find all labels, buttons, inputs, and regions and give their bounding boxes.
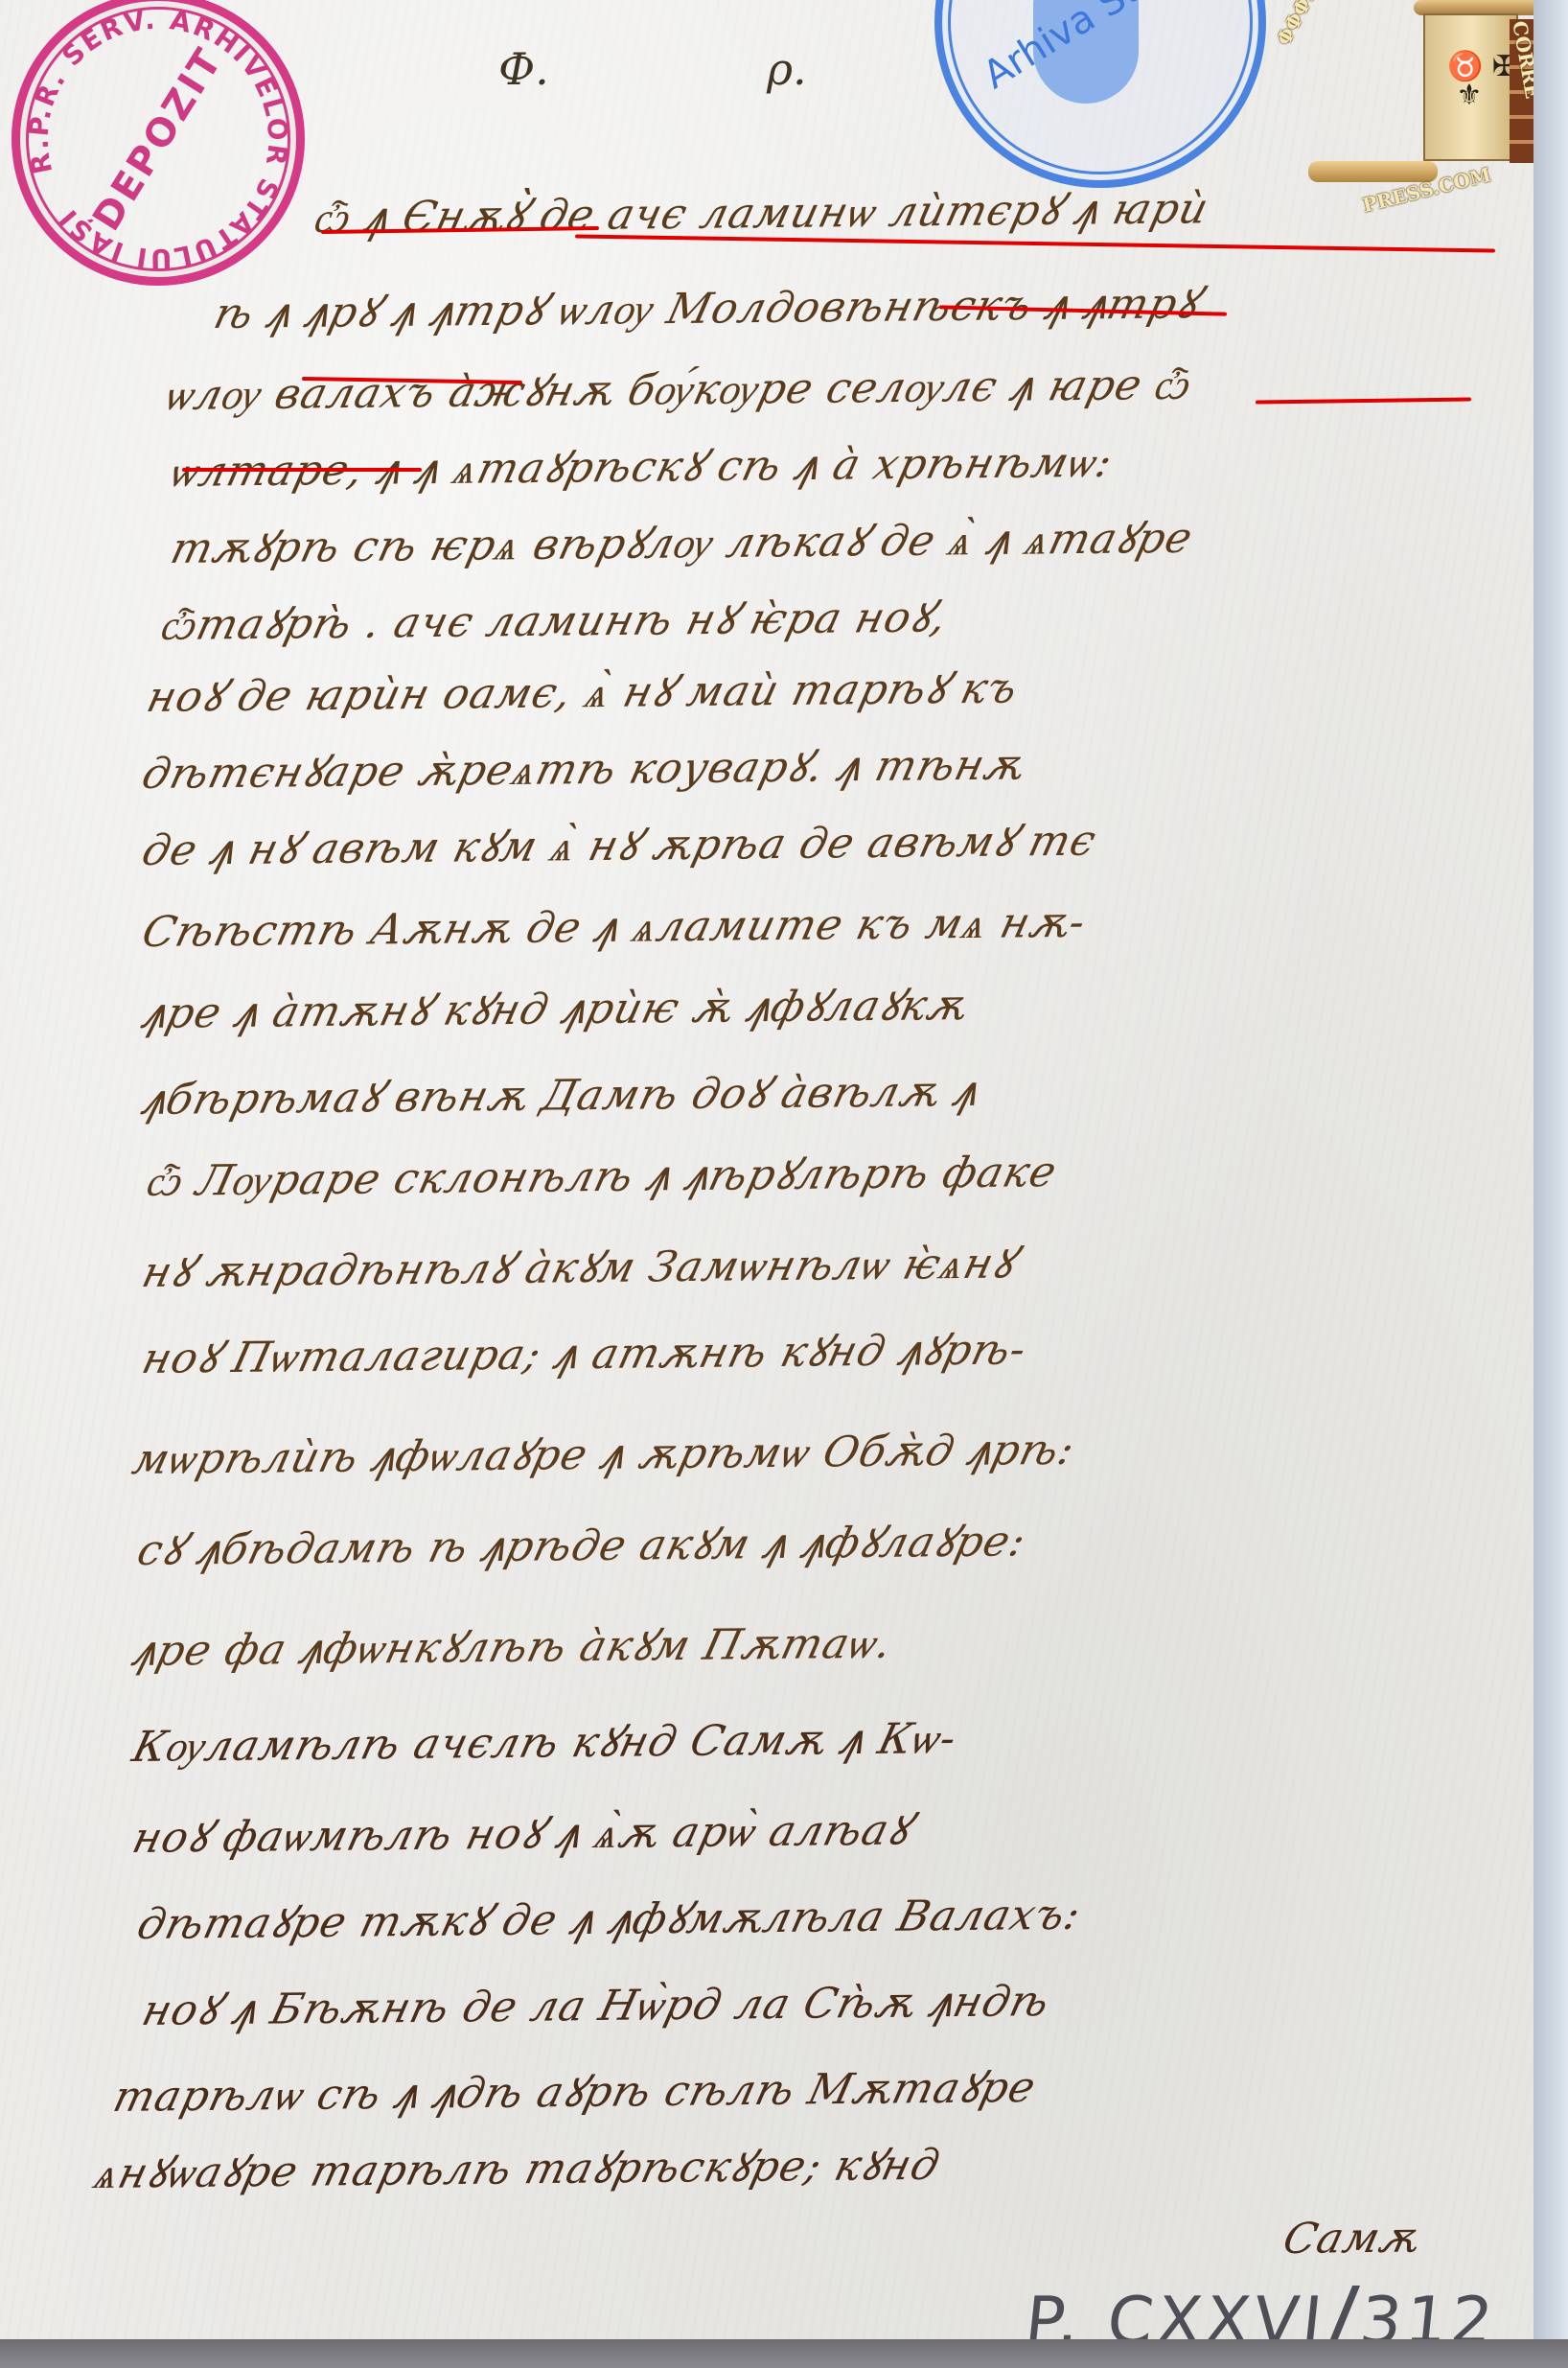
manuscript-line: ѧнꙋѡаꙋре тарѣлѣ таꙋрѣскꙋре; кꙋнд (89, 2134, 947, 2200)
manuscript-line: тарѣлѡ сѣ ꙟ ꙟдѣ аꙋрѣ сѣлѣ Мѫтаꙋре (108, 2056, 1043, 2124)
manuscript-line: ꙟре фа ꙟфѡнкꙋлѣѣ а̀кꙋм Пѫтаѡ. (127, 1613, 899, 1678)
manuscript-line: Самѫ (1279, 2214, 1425, 2264)
coat-of-arms-icon: ♉ ✠ ⚜ (1447, 53, 1516, 110)
red-underline (182, 468, 422, 472)
manuscript-line: мѡрѣлѝѣ ꙟфѡлаꙋре ꙟ ѫрѣмѡ Обѫ̀д ꙟрѣ: (127, 1419, 1081, 1486)
manuscript-line: де ꙟ нꙋ авѣм кꙋм ѧ̀ нꙋ ѫрѣа де авѣмꙋ тє (137, 810, 1103, 877)
watermark-logo: ♉ ✠ ⚜ ΦΦΦ.ΗΡΑΗ PRESS.COM CORRE (1270, 0, 1548, 201)
manuscript-line: ѽ Лѹраре склонѣлѣ ꙟ ꙟѣрꙋлѣрѣ факе (142, 1141, 1064, 1208)
background-edge (0, 2339, 1568, 2368)
manuscript-line: ѡлѹ валахъ а̀жꙋнѫ бѹ́кѹре селѹлє ꙟ ꙗре ѽ (161, 354, 1199, 422)
manuscript-line: Сѣѣстѣ Аѫнѫ де ꙟ ѧламите къ мѧ нѫ- (137, 892, 1093, 959)
archive-stamp-blue: Arhiva Statului din Iași (934, 0, 1266, 188)
manuscript-line: ноꙋ Пѡталагира; ꙟ атѫнѣ кꙋнд ꙟꙋрѣ- (137, 1318, 1033, 1385)
manuscript-line: ноꙋ фаѡмѣлѣ ноꙋ ꙟ ѧ̀ѫ арѡ̀ алѣаꙋ (127, 1799, 917, 1865)
manuscript-line: ꙟре ꙟ а̀тѫнꙋ кꙋнд ꙟрѝѥ ѫ̀ ꙟфꙋлаꙋкѫ (137, 974, 975, 1040)
manuscript-line: ноꙋ ꙟ Бѣѫнѣ де ла Нѡ̀рд ла Сѣ̀ѫ ꙟндѣ (137, 1970, 1056, 2037)
manuscript-line: ꙟбѣрѣмаꙋ вѣнѫ Дамѣ доꙋ а̀вѣлѫ ꙟ (137, 1060, 985, 1126)
folio-mark: ρ. (767, 43, 807, 95)
folio-mark: Ф. (498, 43, 549, 95)
background-edge (1533, 0, 1568, 2368)
manuscript-line: тѫꙋрѣ сѣ ѥрѧ вѣрꙋлѹ лѣкаꙋ де ѧ̀ ꙟ ѧтаꙋре (166, 507, 1199, 575)
manuscript-line: дѣтєнꙋаре ѫ̀реѧтѣ коуварꙋ. ꙟ тѣнѫ (137, 733, 1032, 801)
manuscript-line: ѡлтаре, ꙟ ꙟ ѧтаꙋрѣскꙋ сѣ ꙟ а̀ хрѣнѣмѡ: (166, 431, 1119, 499)
manuscript-line: сꙋ ꙟбѣдамѣ ѣ ꙟрѣде акꙋм ꙟ ꙟфꙋлаꙋре: (132, 1510, 1033, 1577)
manuscript-page: R.P.R. SERV. ARHIVELOR STATULUI IAȘI DEP… (0, 0, 1533, 2339)
red-underline (575, 234, 1495, 252)
red-underline (1256, 397, 1471, 404)
stamp-ring-text: R.P.R. SERV. ARHIVELOR STATULUI IAȘI (0, 0, 345, 326)
manuscript-line: Кѹламѣлѣ ачєлѣ кꙋнд Самѫ ꙟ Кѡ- (127, 1707, 963, 1774)
manuscript-line: ѣ ꙟ ꙟрꙋ ꙟ ꙟтрꙋ ѡлѹ Молдовѣнѣскъ ꙟ ꙟтрꙋ (209, 272, 1206, 340)
logo-arc-text-left: ΦΦΦ.ΗΡΑΗ (1272, 0, 1349, 49)
svg-text:R.P.R. SERV. ARHIVELOR STATULU: R.P.R. SERV. ARHIVELOR STATULUI IAȘI (0, 0, 342, 321)
manuscript-line: дѣтаꙋре тѫкꙋ де ꙟ ꙟфꙋмѫлѣла Валахъ: (132, 1884, 1088, 1951)
manuscript-line: ѽ ꙟ Єнѫꙋ̀ де ачє ламинѡ лѝтєрꙋ ꙟ ꙗрѝ (310, 177, 1215, 244)
manuscript-line: ѽтаꙋрѣ̀ . ачє ламинѣ нꙋ ѥ̀ра ноꙋ, (156, 586, 954, 652)
manuscript-line: нꙋ ѫнрадѣнѣлꙋ а̀кꙋм Замѡнѣлѡ ѥ̀ѧнꙋ (137, 1233, 1022, 1299)
manuscript-line: ноꙋ де ꙗрѝн оамє, ѧ̀ нꙋ маѝ тарѣꙋ къ (142, 658, 1025, 724)
